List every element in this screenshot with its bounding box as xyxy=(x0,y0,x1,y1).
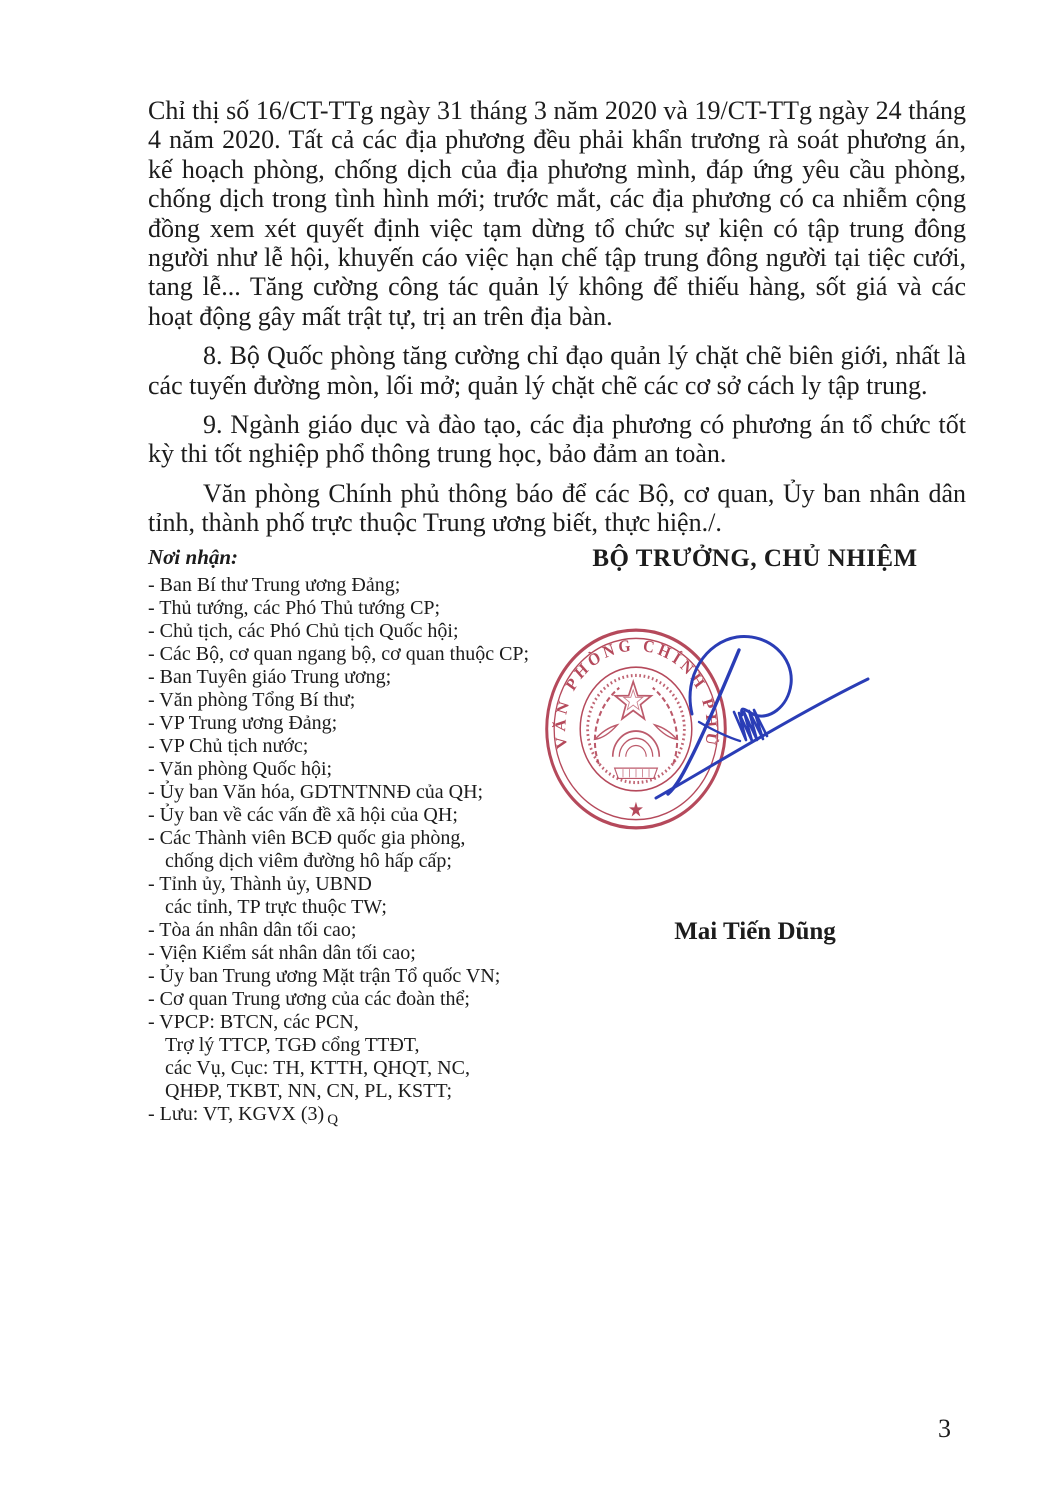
list-item: - Cơ quan Trung ương của các đoàn thể; xyxy=(148,988,578,1011)
list-item-continuation: Trợ lý TTCP, TGĐ cổng TTĐT, xyxy=(148,1034,578,1057)
list-item: - Văn phòng Quốc hội; xyxy=(148,758,578,781)
document-page: Chỉ thị số 16/CT-TTg ngày 31 tháng 3 năm… xyxy=(0,0,1061,1500)
list-item-luu: - Lưu: VT, KGVX (3)Q xyxy=(148,1103,578,1132)
list-item: - Chủ tịch, các Phó Chủ tịch Quốc hội; xyxy=(148,620,578,643)
signer-title: BỘ TRƯỞNG, CHỦ NHIỆM xyxy=(540,545,970,573)
list-item-continuation: QHĐP, TKBT, NN, CN, PL, KSTT; xyxy=(148,1080,578,1103)
list-item-continuation: các tỉnh, TP trực thuộc TW; xyxy=(148,896,578,919)
list-item: - Ủy ban Văn hóa, GDTNTNNĐ của QH; xyxy=(148,781,578,804)
list-item: - Các Bộ, cơ quan ngang bộ, cơ quan thuộ… xyxy=(148,643,578,666)
page-number: 3 xyxy=(938,1414,951,1444)
emblem-star xyxy=(615,682,651,719)
list-item: - Ủy ban Trung ương Mặt trận Tổ quốc VN; xyxy=(148,965,578,988)
list-item: - Văn phòng Tổng Bí thư; xyxy=(148,689,578,712)
list-item: - Thủ tướng, các Phó Thủ tướng CP; xyxy=(148,597,578,620)
recipients-heading: Nơi nhận: xyxy=(148,545,578,570)
seal-bottom-star: ★ xyxy=(629,800,644,820)
seal-outer-ring xyxy=(547,630,726,828)
luu-text: - Lưu: VT, KGVX (3) xyxy=(148,1103,324,1125)
emblem-wing-right xyxy=(655,725,677,739)
list-item: - Ban Bí thư Trung ương Đảng; xyxy=(148,574,578,597)
list-item: - VP Chủ tịch nước; xyxy=(148,735,578,758)
list-item: - Các Thành viên BCĐ quốc gia phòng, xyxy=(148,827,578,850)
emblem-banner-hatch xyxy=(623,769,649,777)
recipients-block: Nơi nhận: - Ban Bí thư Trung ương Đảng; … xyxy=(148,545,578,1132)
paragraph-item-9: 9. Ngành giáo dục và đào tạo, các địa ph… xyxy=(148,410,966,469)
national-emblem-icon xyxy=(595,682,677,779)
list-item: - VPCP: BTCN, các PCN, xyxy=(148,1011,578,1034)
paragraph-continuation: Chỉ thị số 16/CT-TTg ngày 31 tháng 3 năm… xyxy=(148,96,966,331)
list-item: - Viện Kiểm sát nhân dân tối cao; xyxy=(148,942,578,965)
seal-text: VĂN PHÒNG CHÍNH PHỦ xyxy=(551,636,721,751)
list-item: - Tòa án nhân dân tối cao; xyxy=(148,919,578,942)
paragraph-item-8: 8. Bộ Quốc phòng tăng cường chỉ đạo quản… xyxy=(148,341,966,400)
body-text: Chỉ thị số 16/CT-TTg ngày 31 tháng 3 năm… xyxy=(148,96,966,548)
official-seal-icon: VĂN PHÒNG CHÍNH PHỦ ★ xyxy=(547,630,726,828)
paragraph-closing: Văn phòng Chính phủ thông báo để các Bộ,… xyxy=(148,479,966,538)
signer-name: Mai Tiến Dũng xyxy=(540,918,970,946)
emblem-arc-inner xyxy=(626,745,646,756)
list-item: - Ban Tuyên giáo Trung ương; xyxy=(148,666,578,689)
luu-subscript: Q xyxy=(324,1112,338,1128)
emblem-wing-left xyxy=(595,725,617,739)
seal-and-signature: VĂN PHÒNG CHÍNH PHỦ ★ xyxy=(520,612,890,837)
signature-block: BỘ TRƯỞNG, CHỦ NHIỆM Mai Tiến Dũng xyxy=(540,545,970,573)
list-item-continuation: chống dịch viêm đường hô hấp cấp; xyxy=(148,850,578,873)
list-item: - VP Trung ương Đảng; xyxy=(148,712,578,735)
emblem-star-inner xyxy=(624,690,643,710)
list-item: - Tỉnh ủy, Thành ủy, UBND xyxy=(148,873,578,896)
list-item-continuation: các Vụ, Cục: TH, KTTH, QHQT, NC, xyxy=(148,1057,578,1080)
emblem-arc-mid xyxy=(619,738,652,757)
list-item: - Ủy ban về các vấn đề xã hội của QH; xyxy=(148,804,578,827)
